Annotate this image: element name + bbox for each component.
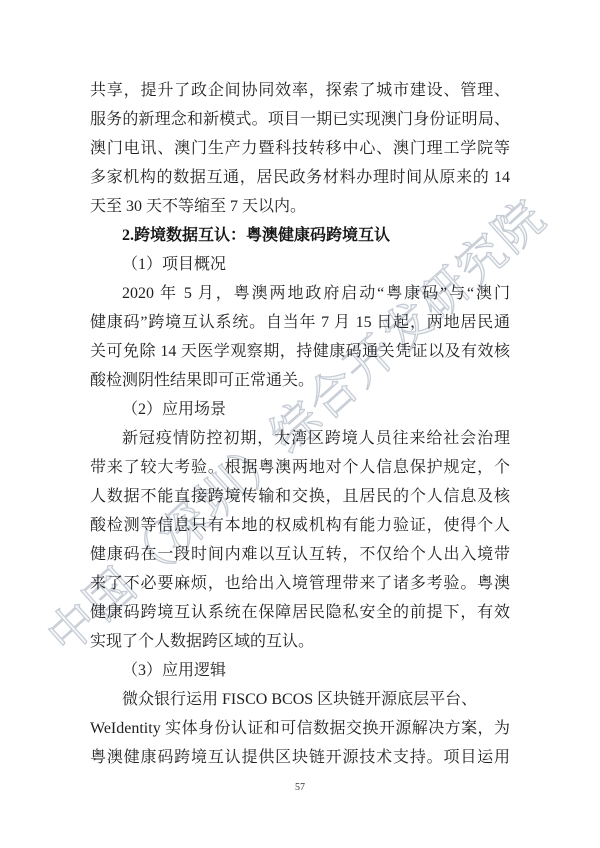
text-line: 新冠疫情防控初期，大湾区跨境人员往来给社会治理 <box>90 424 510 453</box>
text-line: 服务的新理念和新模式。项目一期已实现澳门身份证明局、 <box>90 105 510 134</box>
paragraph: 共享，提升了政企间协同效率，探索了城市建设、管理、服务的新理念和新模式。项目一期… <box>90 76 510 221</box>
text-line: 健康码”跨境互认系统。自当年 7 月 15 日起，两地居民通 <box>90 308 510 337</box>
text-line: 人数据不能直接跨境传输和交换，且居民的个人信息及核 <box>90 482 510 511</box>
text-line: 澳门电讯、澳门生产力暨科技转移中心、澳门理工学院等 <box>90 134 510 163</box>
text-line: （2）应用场景 <box>90 395 510 424</box>
paragraph: 新冠疫情防控初期，大湾区跨境人员往来给社会治理带来了较大考验。根据粤澳两地对个人… <box>90 424 510 656</box>
text-line: 微众银行运用 FISCO BCOS 区块链开源底层平台、 <box>90 685 510 714</box>
text-line: 带来了较大考验。根据粤澳两地对个人信息保护规定，个 <box>90 453 510 482</box>
text-line: 关可免除 14 天医学观察期，持健康码通关凭证以及有效核 <box>90 337 510 366</box>
text-line: 健康码跨境互认系统在保障居民隐私安全的前提下，有效 <box>90 598 510 627</box>
text-line: 共享，提升了政企间协同效率，探索了城市建设、管理、 <box>90 76 510 105</box>
text-line: 酸检测阴性结果即可正常通关。 <box>90 366 510 395</box>
text-line: 2.跨境数据互认：粤澳健康码跨境互认 <box>90 221 510 250</box>
document-body: 共享，提升了政企间协同效率，探索了城市建设、管理、服务的新理念和新模式。项目一期… <box>90 76 510 772</box>
text-line: 健康码在一段时间内难以互认互转，不仅给个人出入境带 <box>90 540 510 569</box>
text-line: 多家机构的数据互通，居民政务材料办理时间从原来的 14 <box>90 163 510 192</box>
section-heading: 2.跨境数据互认：粤澳健康码跨境互认 <box>90 221 510 250</box>
text-line: （1）项目概况 <box>90 250 510 279</box>
page-number: 57 <box>0 782 600 793</box>
paragraph: 2020 年 5 月，粤澳两地政府启动“粤康码”与“澳门健康码”跨境互认系统。自… <box>90 279 510 395</box>
text-line: WeIdentity 实体身份认证和可信数据交换开源解决方案，为 <box>90 714 510 743</box>
text-line: 实现了个人数据跨区域的互认。 <box>90 627 510 656</box>
subsection-heading: （3）应用逻辑 <box>90 656 510 685</box>
paragraph: 微众银行运用 FISCO BCOS 区块链开源底层平台、WeIdentity 实… <box>90 685 510 772</box>
text-line: 来了不必要麻烦，也给出入境管理带来了诸多考验。粤澳 <box>90 569 510 598</box>
subsection-heading: （2）应用场景 <box>90 395 510 424</box>
text-line: 天至 30 天不等缩至 7 天以内。 <box>90 192 510 221</box>
document-page: 中国（深圳）综合开发研究院 共享，提升了政企间协同效率，探索了城市建设、管理、服… <box>0 0 600 848</box>
text-line: 2020 年 5 月，粤澳两地政府启动“粤康码”与“澳门 <box>90 279 510 308</box>
text-line: 粤澳健康码跨境互认提供区块链开源技术支持。项目运用 <box>90 743 510 772</box>
subsection-heading: （1）项目概况 <box>90 250 510 279</box>
text-line: （3）应用逻辑 <box>90 656 510 685</box>
text-line: 酸检测等信息只有本地的权威机构有能力验证，使得个人 <box>90 511 510 540</box>
